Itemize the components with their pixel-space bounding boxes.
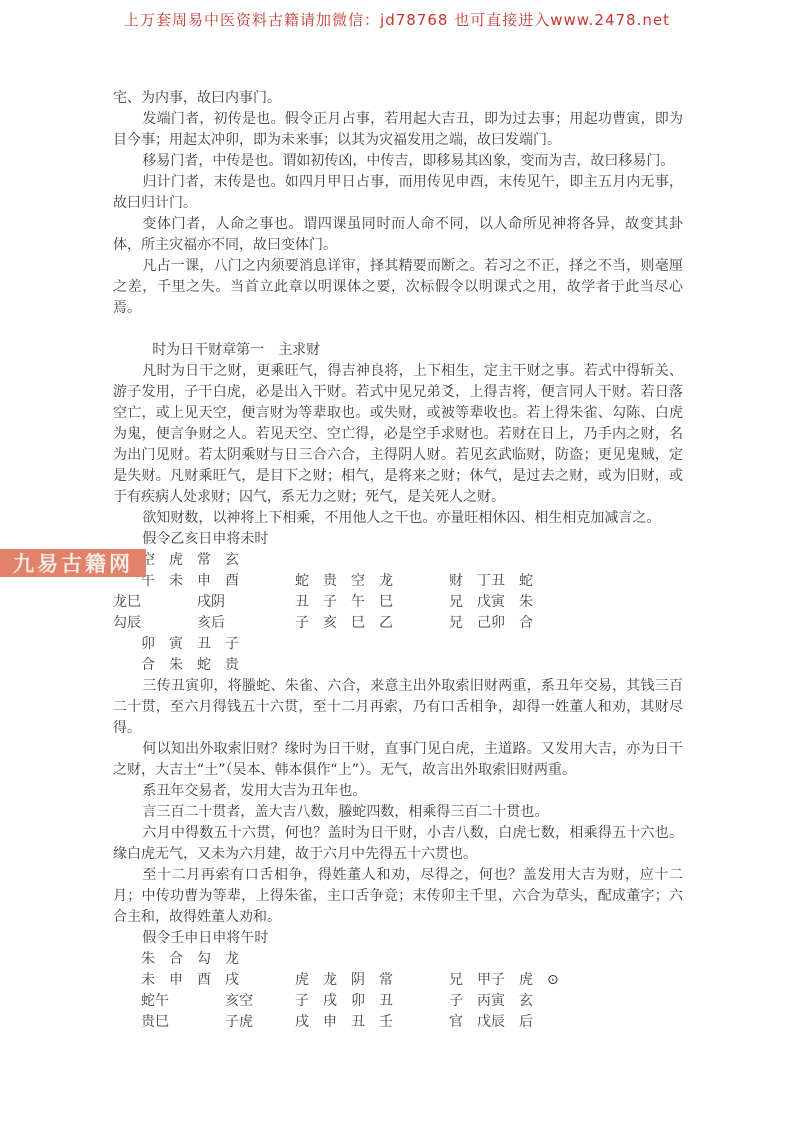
chart-line: 空 虎 常 玄 xyxy=(113,550,683,571)
chart-line: 未 申 酉 戌 虎 龙 阴 常 兄 甲子 虎 ⊙ xyxy=(113,970,683,991)
paragraph: 欲知财数，以神将上下相乘，不用他人之干也。亦量旺相休囚、相生相克加减言之。 xyxy=(113,508,683,529)
watermark-text: 九易古籍网 xyxy=(13,548,133,578)
paragraph: 凡时为日干之财，更乘旺气，得吉神良将，上下相生，定主干财之事。若式中得斩关、游子… xyxy=(113,361,683,508)
paragraph: 宅、为内事，故曰内事门。 xyxy=(113,88,683,109)
paragraph: 变体门者，人命之事也。谓四课虽同时而人命不同，以人命所见神将各异，故变其卦体，所… xyxy=(113,214,683,256)
promo-header-text: 上万套周易中医资料古籍请加微信：jd78768 也可直接进入www.2478.n… xyxy=(0,9,794,30)
chart-line: 贵巳 子虎 戌 申 丑 壬 官 戊辰 后 xyxy=(113,1012,683,1033)
document-page: 上万套周易中医资料古籍请加微信：jd78768 也可直接进入www.2478.n… xyxy=(0,0,794,1123)
paragraph: 言三百二十贯者，盖大吉八数，螣蛇四数，相乘得三百二十贯也。 xyxy=(113,802,683,823)
blank-line xyxy=(113,319,683,340)
chart-line: 卯 寅 丑 子 xyxy=(113,634,683,655)
paragraph: 发端门者，初传是也。假令正月占事，若用起大吉丑，即为过去事；用起功曹寅，即为目今… xyxy=(113,109,683,151)
divination-chart-2: 朱 合 勾 龙 未 申 酉 戌 虎 龙 阴 常 兄 甲子 虎 ⊙ 蛇午 亥空 子… xyxy=(113,949,683,1033)
watermark-badge: 九易古籍网 xyxy=(0,549,146,577)
section-title: 时为日干财章第一 主求财 xyxy=(113,340,683,361)
paragraph: 系丑年交易者，发用大吉为丑年也。 xyxy=(113,781,683,802)
paragraph: 六月中得数五十六贯，何也？盖时为日干财，小吉八数，白虎七数，相乘得五十六也。缘白… xyxy=(113,823,683,865)
chart-line: 勾辰 亥后 子 亥 巳 乙 兄 己卯 合 xyxy=(113,613,683,634)
chart-line: 龙巳 戌阴 丑 子 午 巳 兄 戊寅 朱 xyxy=(113,592,683,613)
case-heading: 假令壬申日申将午时 xyxy=(113,928,683,949)
document-content: 宅、为内事，故曰内事门。 发端门者，初传是也。假令正月占事，若用起大吉丑，即为过… xyxy=(113,88,683,1033)
chart-line: 蛇午 亥空 子 戌 卯 丑 子 丙寅 玄 xyxy=(113,991,683,1012)
paragraph: 至十二月再索有口舌相争，得姓董人和劝，尽得之，何也？盖发用大吉为财，应十二月；中… xyxy=(113,865,683,928)
paragraph: 凡占一课，八门之内须要消息详审，择其精要而断之。若习之不正，择之不当，则毫厘之差… xyxy=(113,256,683,319)
chart-line: 午 未 申 酉 蛇 贵 空 龙 财 丁丑 蛇 xyxy=(113,571,683,592)
paragraph: 三传丑寅卯，将螣蛇、朱雀、六合，来意主出外取索旧财两重，系丑年交易，其钱三百二十… xyxy=(113,676,683,739)
divination-chart-1: 空 虎 常 玄 午 未 申 酉 蛇 贵 空 龙 财 丁丑 蛇 龙巳 戌阴 丑 子… xyxy=(113,550,683,676)
case-heading: 假令乙亥日申将未时 xyxy=(113,529,683,550)
paragraph: 归计门者，末传是也。如四月甲日占事，而用传见申酉，末传见午，即主五月内无事，故曰… xyxy=(113,172,683,214)
chart-line: 合 朱 蛇 贵 xyxy=(113,655,683,676)
paragraph: 移易门者，中传是也。谓如初传凶，中传吉，即移易其凶象，变而为吉，故曰移易门。 xyxy=(113,151,683,172)
chart-line: 朱 合 勾 龙 xyxy=(113,949,683,970)
paragraph: 何以知出外取索旧财？缘时为日干财，直事门见白虎，主道路。又发用大吉，亦为日干之财… xyxy=(113,739,683,781)
